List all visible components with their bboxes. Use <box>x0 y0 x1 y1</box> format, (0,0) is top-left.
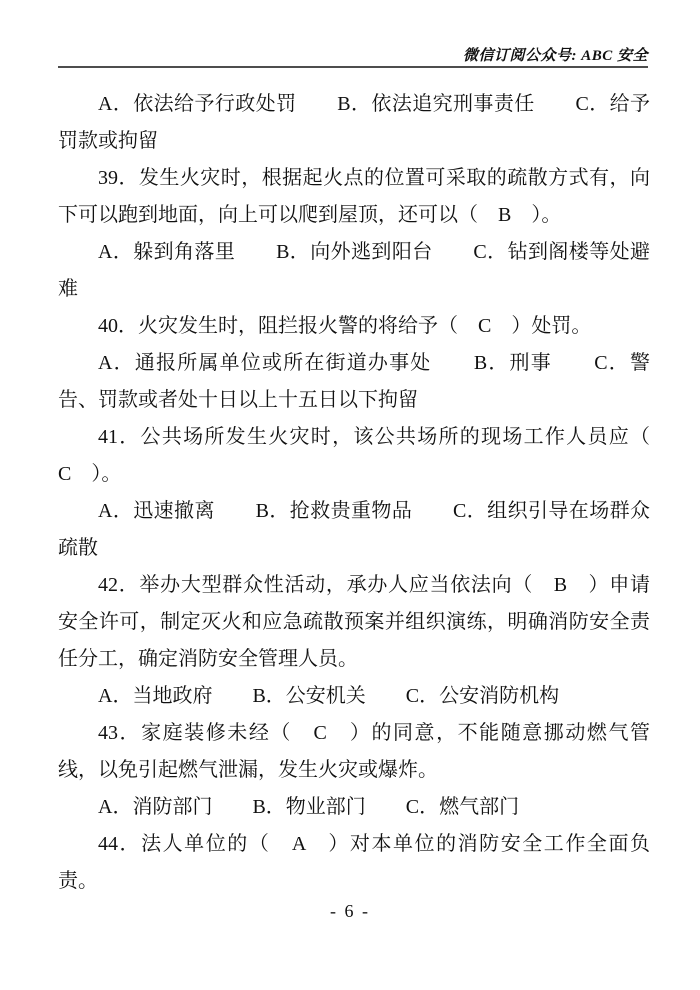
options-line: A．躲到角落里 B．向外逃到阳台 C．钻到阁楼等处避难 <box>58 234 650 308</box>
document-body: A．依法给予行政处罚 B．依法追究刑事责任 C．给予罚款或拘留 39．发生火灾时… <box>58 86 650 900</box>
page-number: - 6 - <box>0 901 700 922</box>
options-line: A．当地政府 B．公安机关 C．公安消防机构 <box>58 678 650 715</box>
question-line: 43．家庭装修未经（ C ）的同意，不能随意挪动燃气管线，以免引起燃气泄漏，发生… <box>58 715 650 789</box>
options-line: A．消防部门 B．物业部门 C．燃气部门 <box>58 789 650 826</box>
options-line: A．通报所属单位或所在街道办事处 B．刑事 C．警告、罚款或者处十日以上十五日以… <box>58 345 650 419</box>
question-line: 39．发生火灾时，根据起火点的位置可采取的疏散方式有，向下可以跑到地面，向上可以… <box>58 160 650 234</box>
document-page: 微信订阅公众号: ABC 安全 A．依法给予行政处罚 B．依法追究刑事责任 C．… <box>0 0 700 990</box>
header-rule <box>58 66 648 68</box>
question-line: 40．火灾发生时，阻拦报火警的将给予（ C ）处罚。 <box>58 308 650 345</box>
question-line: 41．公共场所发生火灾时，该公共场所的现场工作人员应（ C ）。 <box>58 419 650 493</box>
header-publisher-watermark: 微信订阅公众号: ABC 安全 <box>58 44 648 65</box>
question-line: 44．法人单位的（ A ）对本单位的消防安全工作全面负责。 <box>58 826 650 900</box>
options-line: A．迅速撤离 B．抢救贵重物品 C．组织引导在场群众疏散 <box>58 493 650 567</box>
options-line: A．依法给予行政处罚 B．依法追究刑事责任 C．给予罚款或拘留 <box>58 86 650 160</box>
question-line: 42．举办大型群众性活动，承办人应当依法向（ B ）申请安全许可，制定灭火和应急… <box>58 567 650 678</box>
